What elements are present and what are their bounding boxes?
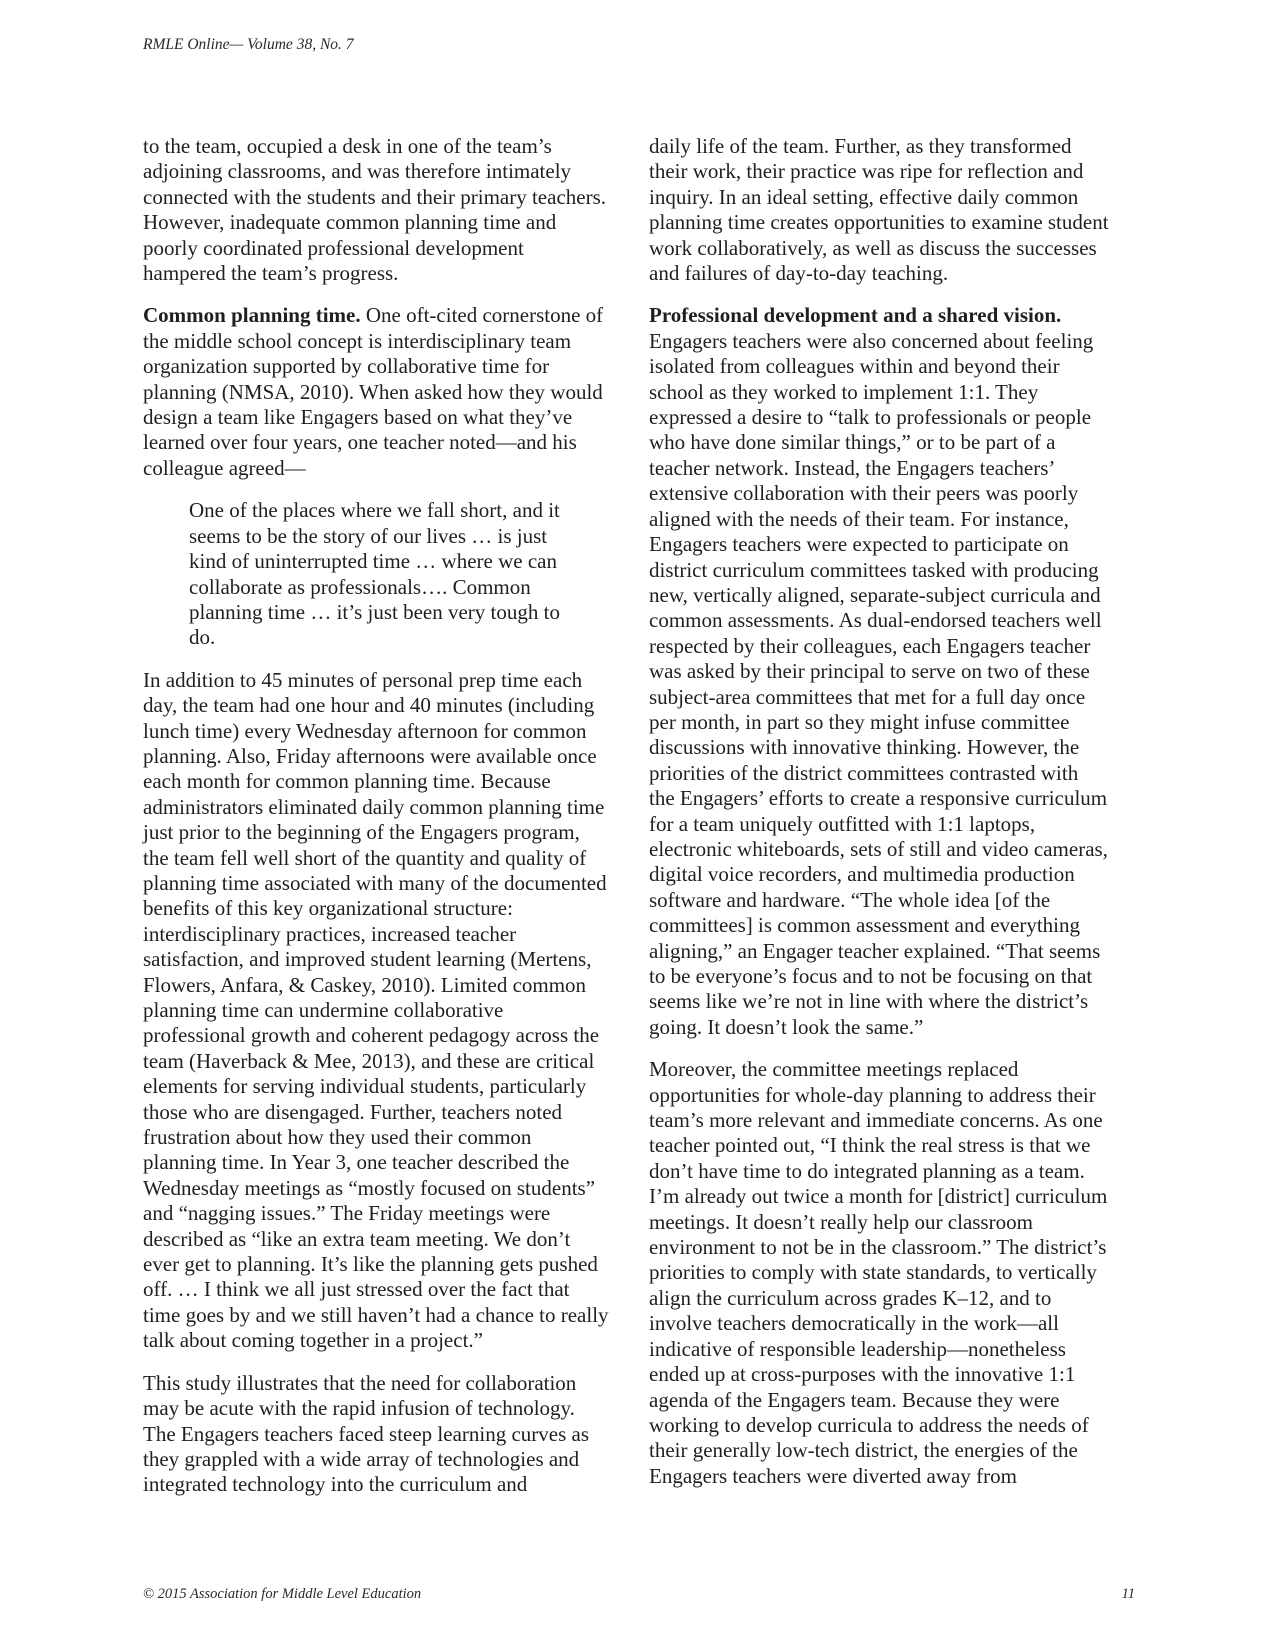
left-column: to the team, occupied a desk in one of t…	[143, 134, 609, 1515]
teacher-block-quote-text: One of the places where we fall short, a…	[189, 498, 560, 649]
two-column-body: to the team, occupied a desk in one of t…	[143, 134, 1109, 1515]
paragraph-professional-development: Professional development and a shared vi…	[649, 303, 1109, 1040]
right-column: daily life of the team. Further, as they…	[649, 134, 1109, 1515]
teacher-block-quote: One of the places where we fall short, a…	[189, 498, 587, 650]
paragraph-common-planning-time-text: One oft-cited cornerstone of the middle …	[143, 303, 603, 479]
subheading-professional-development: Professional development and a shared vi…	[649, 303, 1061, 327]
page-footer: © 2015 Association for Middle Level Educ…	[143, 1586, 1135, 1603]
paragraph-daily-life: daily life of the team. Further, as they…	[649, 134, 1109, 286]
paragraph-study-illustrates: This study illustrates that the need for…	[143, 1371, 609, 1498]
paragraph-planning-time-details: In addition to 45 minutes of personal pr…	[143, 668, 609, 1354]
paragraph-intro-continuation: to the team, occupied a desk in one of t…	[143, 134, 609, 286]
copyright-notice: © 2015 Association for Middle Level Educ…	[143, 1586, 421, 1603]
paragraph-moreover-committee: Moreover, the committee meetings replace…	[649, 1057, 1109, 1489]
running-head: RMLE Online— Volume 38, No. 7	[143, 36, 354, 54]
paragraph-professional-development-text: Engagers teachers were also concerned ab…	[649, 329, 1108, 1039]
journal-page: RMLE Online— Volume 38, No. 7 to the tea…	[0, 0, 1275, 1651]
subheading-common-planning-time: Common planning time.	[143, 303, 361, 327]
page-number: 11	[1122, 1586, 1135, 1603]
paragraph-common-planning-time: Common planning time. One oft-cited corn…	[143, 303, 609, 481]
